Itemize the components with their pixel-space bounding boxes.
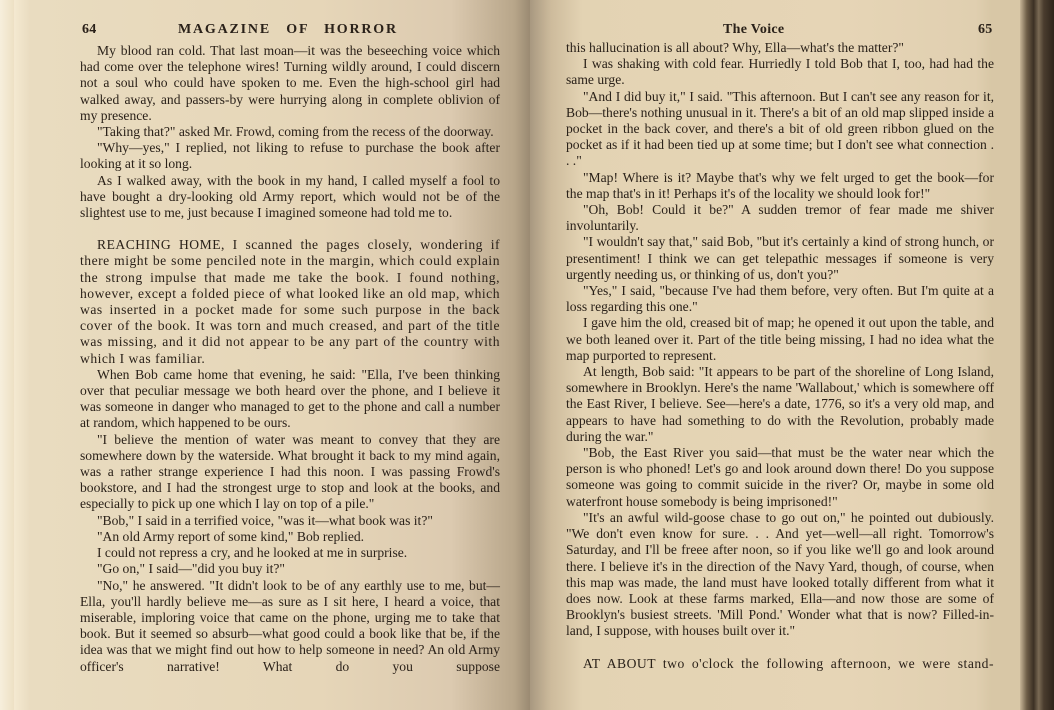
running-head: MAGAZINE OF HORROR	[178, 22, 398, 38]
paragraph: "Map! Where is it? Maybe that's why we f…	[566, 170, 994, 202]
page-number: 64	[82, 22, 97, 38]
running-head: The Voice	[723, 22, 784, 38]
paragraph: "I wouldn't say that," said Bob, "but it…	[566, 234, 994, 283]
body-text: My blood ran cold. That last moan—it was…	[80, 43, 500, 675]
paragraph: "It's an awful wild-goose chase to go ou…	[566, 510, 994, 640]
section-start-paragraph: REACHING HOME, I scanned the pages close…	[80, 237, 500, 367]
paragraph: "Why—yes," I replied, not liking to refu…	[80, 140, 500, 172]
paragraph: "Oh, Bob! Could it be?" A sudden tremor …	[566, 202, 994, 234]
paragraph: As I walked away, with the book in my ha…	[80, 173, 500, 222]
paragraph: I was shaking with cold fear. Hurriedly …	[566, 56, 994, 88]
paragraph: I gave him the old, creased bit of map; …	[566, 315, 994, 364]
paragraph: At length, Bob said: "It appears to be p…	[566, 364, 994, 445]
paragraph: "Go on," I said—"did you buy it?"	[80, 561, 500, 577]
section-start-paragraph: AT ABOUT two o'clock the following after…	[566, 656, 994, 672]
book-spread: 64 MAGAZINE OF HORROR My blood ran cold.…	[0, 0, 1054, 710]
body-text: this hallucination is all about? Why, El…	[566, 40, 994, 672]
paragraph: "I believe the mention of water was mean…	[80, 432, 500, 513]
paragraph: I could not repress a cry, and he looked…	[80, 545, 500, 561]
book-edge	[1020, 0, 1054, 710]
paragraph: "An old Army report of some kind," Bob r…	[80, 529, 500, 545]
right-page: The Voice 65 this hallucination is all a…	[530, 0, 1054, 710]
paragraph: "Bob, the East River you said—that must …	[566, 445, 994, 510]
paragraph: "No," he answered. "It didn't look to be…	[80, 578, 500, 675]
paragraph: "Bob," I said in a terrified voice, "was…	[80, 513, 500, 529]
paragraph: "Taking that?" asked Mr. Frowd, coming f…	[80, 124, 500, 140]
paragraph: My blood ran cold. That last moan—it was…	[80, 43, 500, 124]
page-number: 65	[978, 22, 993, 38]
paragraph: this hallucination is all about? Why, El…	[566, 40, 994, 56]
paragraph: When Bob came home that evening, he said…	[80, 367, 500, 432]
paragraph: "And I did buy it," I said. "This aftern…	[566, 89, 994, 170]
paragraph: "Yes," I said, "because I've had them be…	[566, 283, 994, 315]
page-edge	[0, 0, 14, 710]
left-page: 64 MAGAZINE OF HORROR My blood ran cold.…	[0, 0, 530, 710]
